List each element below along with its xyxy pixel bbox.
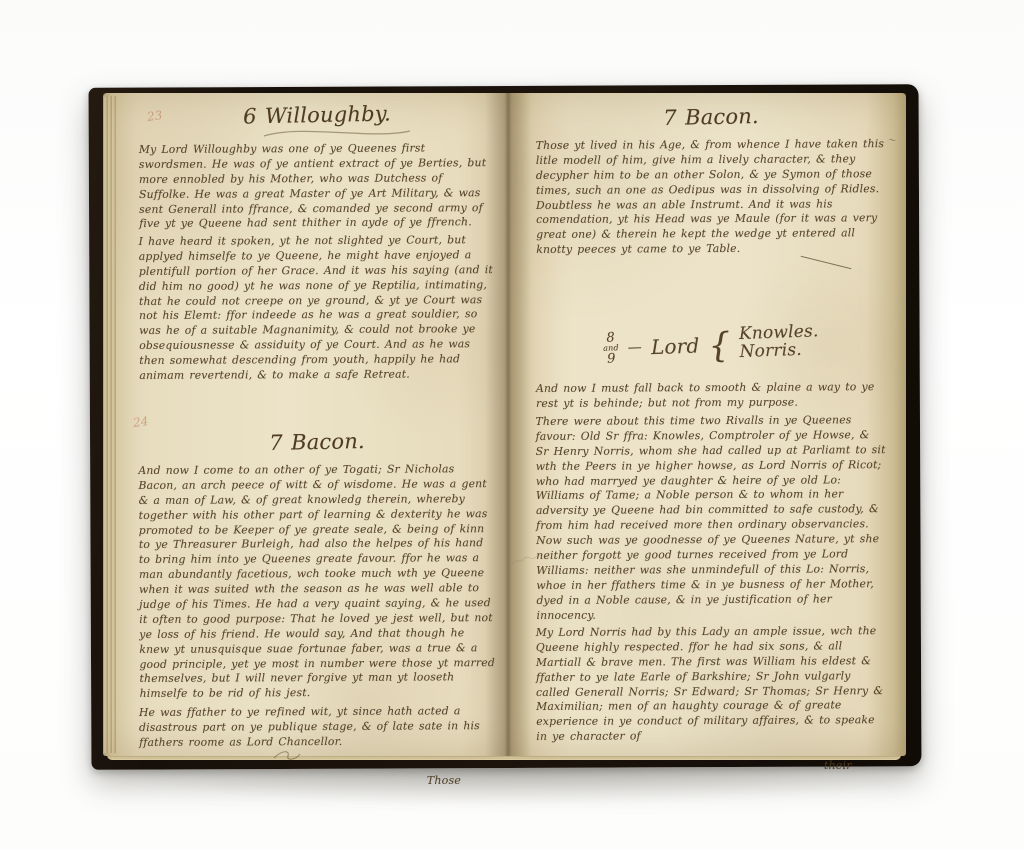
article-numbers: 8 and 9 bbox=[602, 331, 619, 366]
name-norris: Norris. bbox=[739, 341, 819, 362]
pen-loop-flourish bbox=[272, 748, 302, 762]
left-page-text-column: 6 Willoughby. My Lord Willoughby was one… bbox=[139, 103, 495, 787]
manuscript-paragraph: My Lord Norris had by this Lady an ample… bbox=[535, 624, 886, 745]
small-ink-mark: ~ bbox=[887, 134, 897, 146]
knowles-norris-heading: 8 and 9 — Lord { Knowles. Norris. bbox=[535, 321, 886, 369]
heading-dash: — bbox=[627, 339, 642, 355]
open-manuscript-book: 23 24 6 Willoughby. My Lord Willoughby w… bbox=[90, 86, 920, 768]
right-page-text-column: 7 Bacon. Those yt lived in his Age, & fr… bbox=[536, 105, 886, 772]
brace-glyph: { bbox=[708, 330, 731, 361]
bacon-section-heading: 7 Bacon. bbox=[139, 427, 495, 458]
fore-edge-left bbox=[103, 96, 116, 753]
willoughby-heading: 6 Willoughby. bbox=[139, 99, 495, 130]
lord-word: Lord bbox=[650, 333, 699, 359]
manuscript-paragraph: I have heard it spoken, yt he not slight… bbox=[139, 233, 496, 384]
left-page: 23 24 6 Willoughby. My Lord Willoughby w… bbox=[103, 93, 508, 756]
page-block: 23 24 6 Willoughby. My Lord Willoughby w… bbox=[103, 93, 906, 756]
manuscript-paragraph: And now I come to an other of ye Togati;… bbox=[138, 462, 495, 702]
heading-swash-flourish bbox=[262, 128, 412, 138]
bacon-continued-heading: 7 Bacon. bbox=[535, 101, 885, 132]
knowles-norris-names: Knowles. Norris. bbox=[738, 323, 819, 361]
manuscript-paragraph: He was ffather to ye refined wit, yt sin… bbox=[139, 704, 495, 751]
manuscript-paragraph: My Lord Willoughby was one of ye Queenes… bbox=[139, 141, 495, 232]
right-page: ~ 7 Bacon. Those yt lived in his Age, & … bbox=[508, 93, 906, 756]
photo-background: 23 24 6 Willoughby. My Lord Willoughby w… bbox=[0, 0, 1024, 850]
catchword-their: their bbox=[824, 759, 852, 772]
catchword-those: Those bbox=[427, 774, 461, 787]
manuscript-paragraph: And now I must fall back to smooth & pla… bbox=[536, 380, 886, 412]
manuscript-paragraph: Those yt lived in his Age, & from whence… bbox=[535, 137, 886, 258]
manuscript-paragraph: There were about this time two Rivalls i… bbox=[535, 413, 886, 623]
diagonal-pen-flourish bbox=[800, 256, 851, 270]
article-number-9: 9 bbox=[607, 352, 616, 365]
